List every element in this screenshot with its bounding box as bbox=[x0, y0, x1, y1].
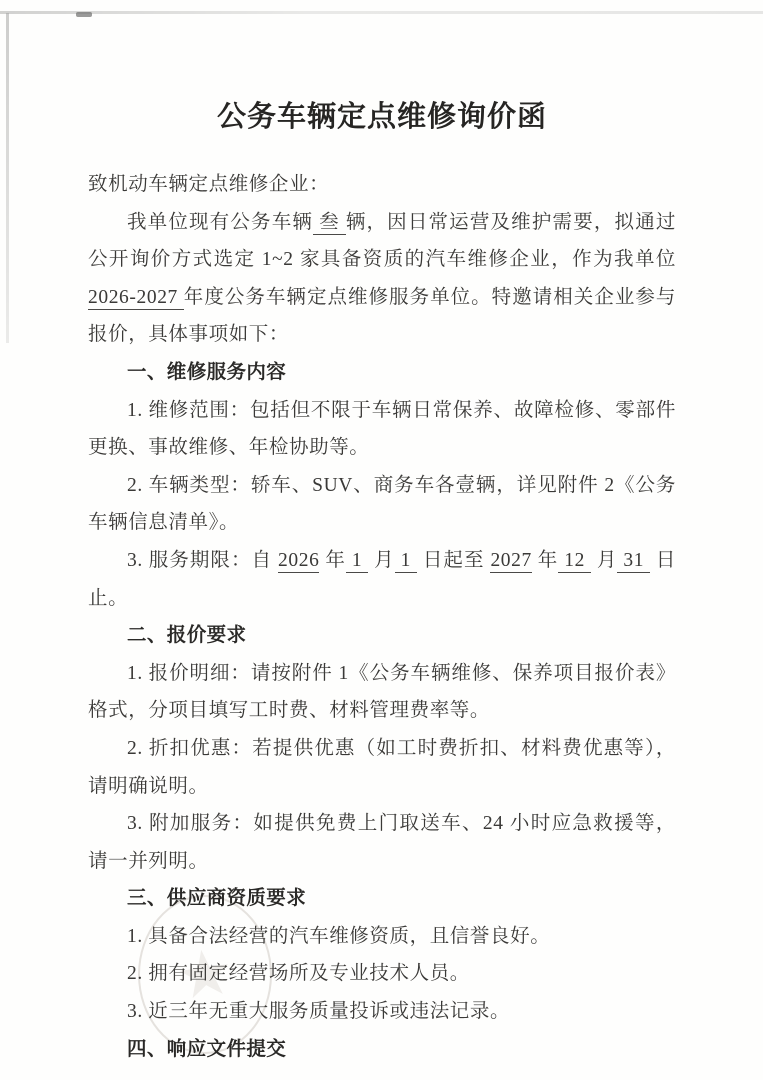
fill-in-start-year: 2026 bbox=[278, 550, 319, 573]
fill-in-end-month: 12 bbox=[558, 550, 591, 573]
intro-paragraph: 我单位现有公务车辆 叁 辆，因日常运营及维护需要，拟通过公开询价方式选定 1~2… bbox=[88, 204, 676, 354]
scan-artifact-speck bbox=[76, 12, 92, 17]
fill-in-start-day: 1 bbox=[395, 550, 417, 573]
section-2-item-2: 2. 折扣优惠：若提供优惠（如工时费折扣、材料费优惠等），请明确说明。 bbox=[88, 730, 676, 805]
section-2-item-3: 3. 附加服务：如提供免费上门取送车、24 小时应急救援等，请一并列明。 bbox=[88, 805, 676, 880]
document-body: 致机动车辆定点维修企业： 我单位现有公务车辆 叁 辆，因日常运营及维护需要，拟通… bbox=[88, 166, 676, 1068]
page-top-edge bbox=[0, 11, 763, 14]
year-char: 年 bbox=[319, 550, 346, 571]
section-3-item-1: 1. 具备合法经营的汽车维修资质，且信誉良好。 bbox=[88, 918, 676, 956]
month-char: 月 bbox=[368, 550, 395, 571]
page-left-edge bbox=[6, 13, 9, 343]
fill-in-year-range: 2026-2027 bbox=[88, 287, 184, 310]
fill-in-start-month: 1 bbox=[346, 550, 368, 573]
fill-in-end-day: 31 bbox=[617, 550, 650, 573]
intro-seg-1: 我单位现有公务车辆 bbox=[127, 212, 313, 233]
period-label: 3. 服务期限：自 bbox=[127, 550, 278, 571]
document-content: 公务车辆定点维修询价函 致机动车辆定点维修企业： 我单位现有公务车辆 叁 辆，因… bbox=[88, 94, 676, 1068]
scanned-document-page: ★ 公务车辆定点维修询价函 致机动车辆定点维修企业： 我单位现有公务车辆 叁 辆… bbox=[0, 0, 763, 1080]
section-4-heading: 四、响应文件提交 bbox=[88, 1031, 676, 1069]
fill-in-vehicle-count: 叁 bbox=[313, 212, 346, 235]
document-title: 公务车辆定点维修询价函 bbox=[88, 94, 676, 140]
salutation-line: 致机动车辆定点维修企业： bbox=[88, 166, 676, 204]
section-3-item-3: 3. 近三年无重大服务质量投诉或违法记录。 bbox=[88, 993, 676, 1031]
section-2-heading: 二、报价要求 bbox=[88, 617, 676, 655]
until-text: 日起至 bbox=[417, 550, 491, 571]
month-char-2: 月 bbox=[591, 550, 618, 571]
section-1-item-1: 1. 维修范围：包括但不限于车辆日常保养、故障检修、零部件更换、事故维修、年检协… bbox=[88, 392, 676, 467]
section-2-item-1: 1. 报价明细：请按附件 1《公务车辆维修、保养项目报价表》格式，分项目填写工时… bbox=[88, 655, 676, 730]
year-char-2: 年 bbox=[532, 550, 559, 571]
section-1-heading: 一、维修服务内容 bbox=[88, 354, 676, 392]
section-3-heading: 三、供应商资质要求 bbox=[88, 880, 676, 918]
section-1-item-2: 2. 车辆类型：轿车、SUV、商务车各壹辆，详见附件 2《公务车辆信息清单》。 bbox=[88, 467, 676, 542]
fill-in-end-year: 2027 bbox=[490, 550, 531, 573]
section-1-item-3-service-period: 3. 服务期限：自 2026 年 1 月 1 日起至 2027 年 12 月 3… bbox=[88, 542, 676, 617]
section-3-item-2: 2. 拥有固定经营场所及专业技术人员。 bbox=[88, 955, 676, 993]
